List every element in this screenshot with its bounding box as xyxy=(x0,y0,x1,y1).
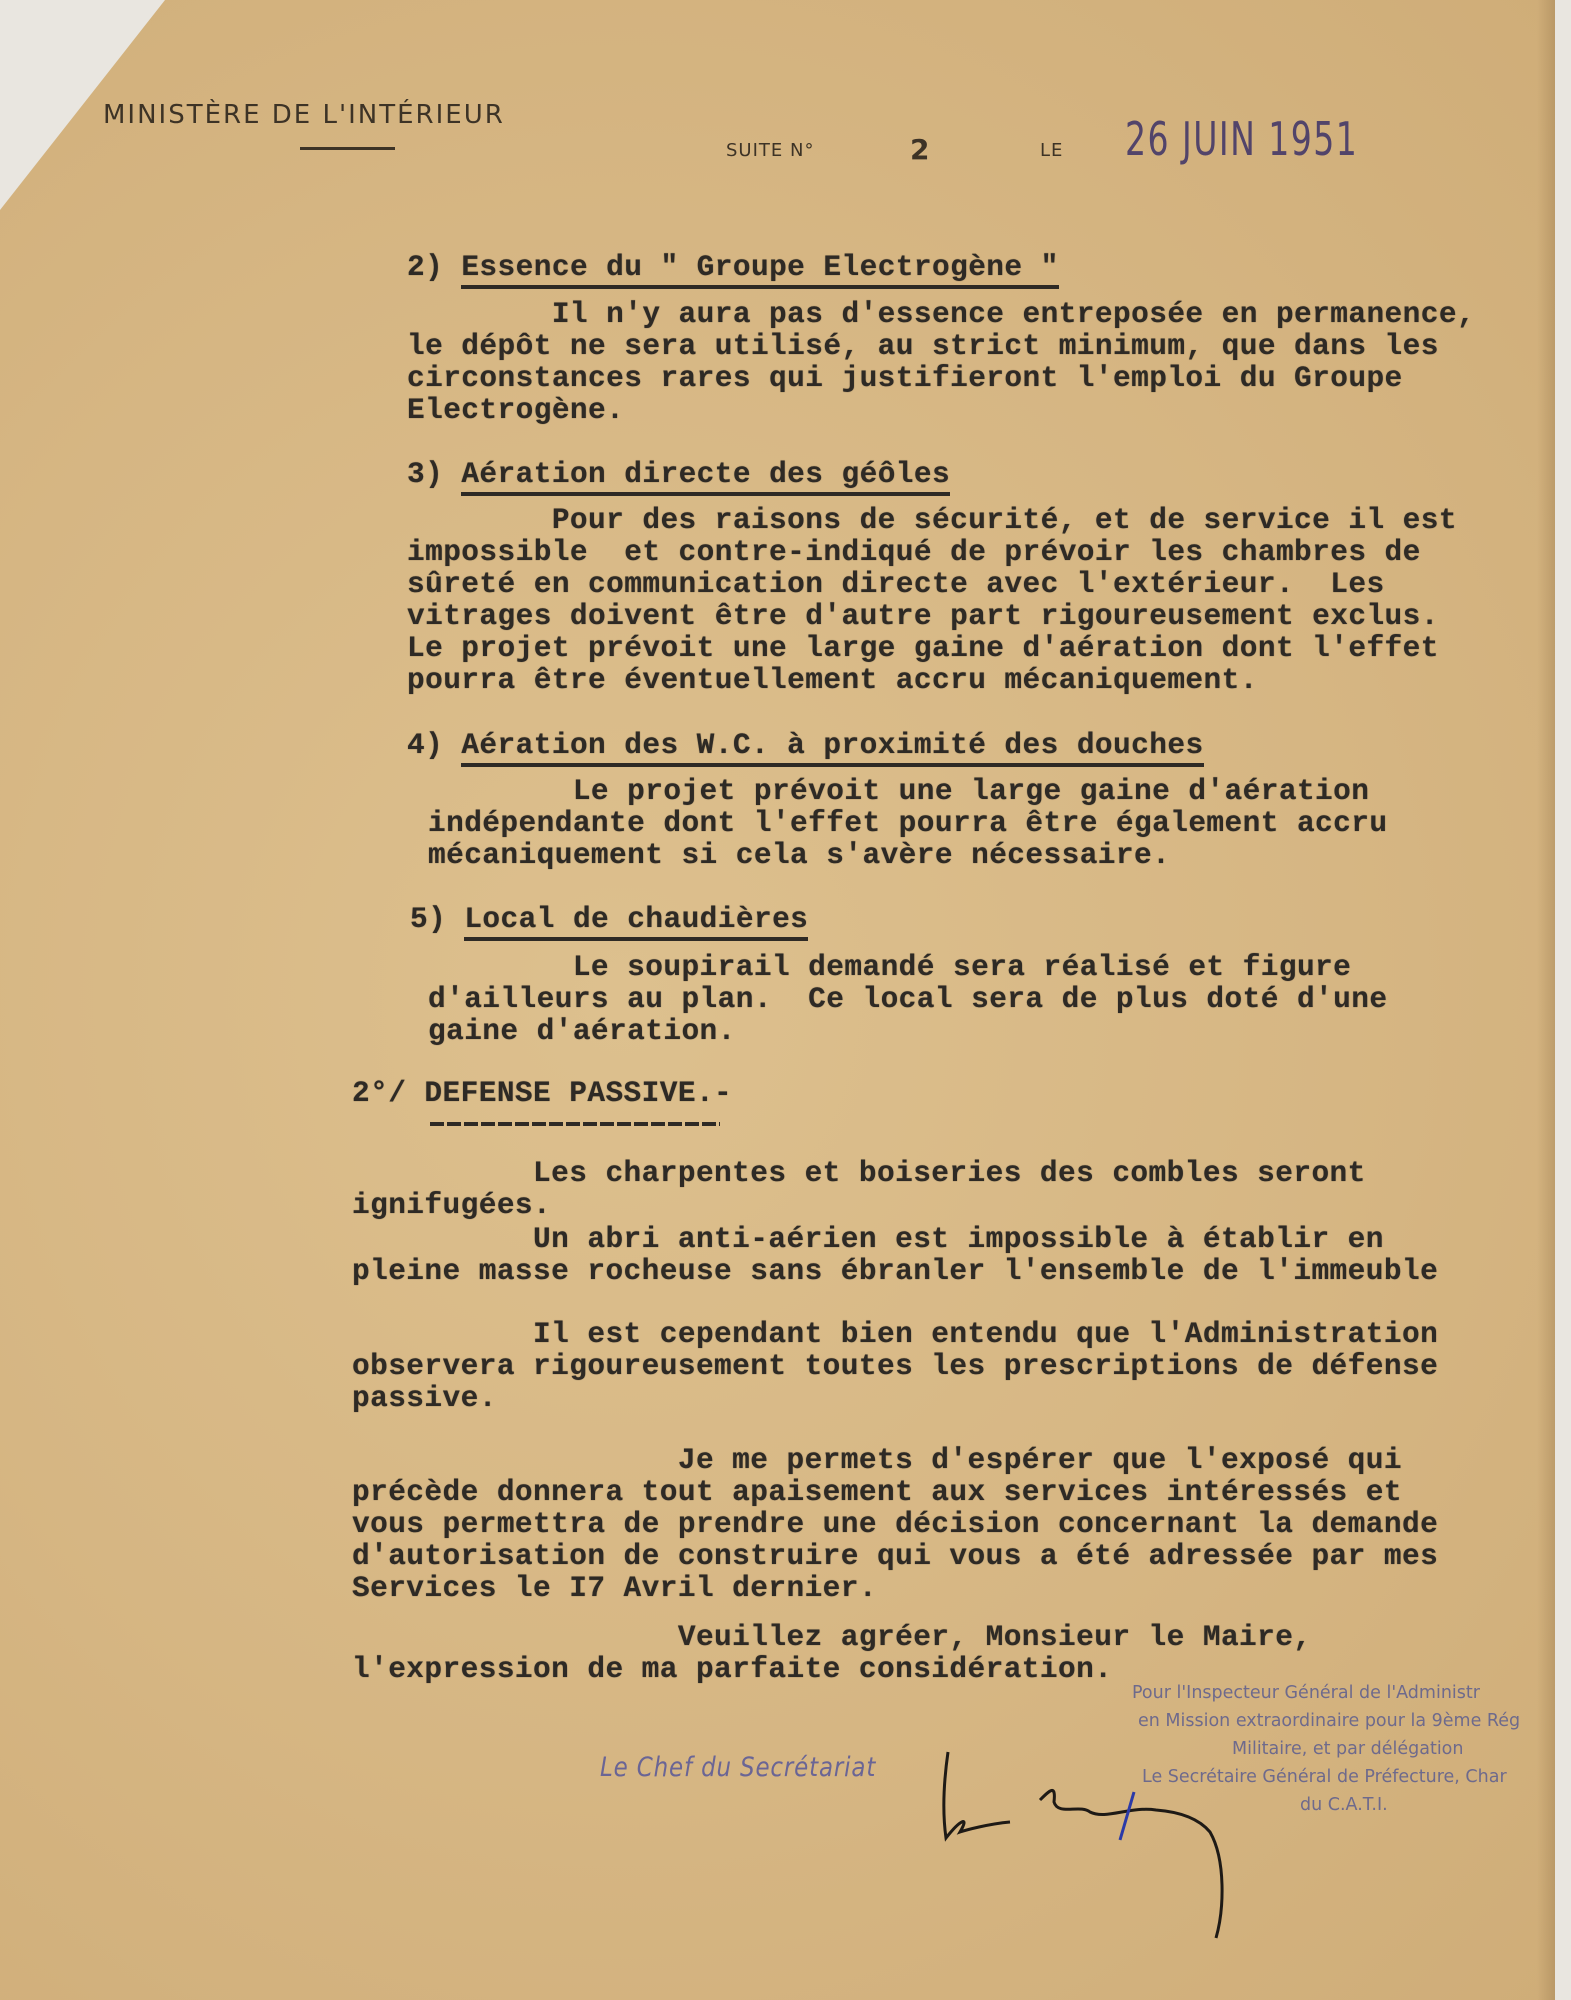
body-line: circonstances rares qui justifieront l'e… xyxy=(407,361,1403,395)
body-line: Pour des raisons de sécurité, et de serv… xyxy=(407,503,1457,537)
body-line: Le projet prévoit une large gaine d'aéra… xyxy=(428,774,1369,808)
body-line: gaine d'aération. xyxy=(428,1014,736,1048)
body-line: Les charpentes et boiseries des combles … xyxy=(352,1156,1366,1190)
stamp-line: en Mission extraordinaire pour la 9ème R… xyxy=(1138,1708,1520,1734)
heading-dashed-underline xyxy=(430,1122,720,1126)
body-line: impossible et contre-indiqué de prévoir … xyxy=(407,535,1421,569)
body-line: passive. xyxy=(352,1381,497,1415)
heading-text: Aération des W.C. à proximité des douche… xyxy=(461,728,1203,767)
body-line: Il est cependant bien entendu que l'Admi… xyxy=(352,1317,1438,1351)
letterhead-rule xyxy=(300,147,395,150)
secretariat-stamp: Le Chef du Secrétariat xyxy=(600,1752,876,1783)
date-stamp: 26 JUIN 1951 xyxy=(1125,112,1358,166)
body-line: le dépôt ne sera utilisé, au strict mini… xyxy=(407,329,1439,363)
body-line: l'expression de ma parfaite considératio… xyxy=(352,1652,1112,1686)
defense-heading: 2°/ DEFENSE PASSIVE.- xyxy=(352,1076,732,1110)
section-heading: 5) Local de chaudières xyxy=(410,902,808,936)
handwritten-signature-icon xyxy=(930,1740,1260,1940)
body-line: Services le I7 Avril dernier. xyxy=(352,1571,877,1605)
body-line: Je me permets d'espérer que l'exposé qui xyxy=(352,1443,1402,1477)
body-line: Un abri anti-aérien est impossible à éta… xyxy=(352,1222,1384,1256)
heading-text: Local de chaudières xyxy=(464,902,808,941)
body-line: Il n'y aura pas d'essence entreposée en … xyxy=(407,297,1475,331)
body-line: d'ailleurs au plan. Ce local sera de plu… xyxy=(428,982,1387,1016)
body-line: mécaniquement si cela s'avère nécessaire… xyxy=(428,838,1170,872)
ministry-letterhead: MINISTÈRE DE L'INTÉRIEUR xyxy=(103,100,505,130)
stamp-line: Militaire, et par délégation xyxy=(1232,1736,1463,1762)
body-line: sûreté en communication directe avec l'e… xyxy=(407,567,1385,601)
heading-number: 2) xyxy=(407,250,443,284)
section-heading: 3) Aération directe des géôles xyxy=(407,457,950,491)
body-line: Electrogène. xyxy=(407,393,624,427)
body-line: indépendante dont l'effet pourra être ég… xyxy=(428,806,1387,840)
heading-text: Essence du " Groupe Electrogène " xyxy=(461,250,1058,289)
body-line: observera rigoureusement toutes les pres… xyxy=(352,1349,1438,1383)
page-edge-shadow xyxy=(1537,0,1555,2000)
body-line: vous permettra de prendre une décision c… xyxy=(352,1507,1438,1541)
heading-text: Aération directe des géôles xyxy=(461,457,950,496)
section-heading: 2) Essence du " Groupe Electrogène " xyxy=(407,250,1059,284)
body-line: Le soupirail demandé sera réalisé et fig… xyxy=(428,950,1351,984)
body-line: pleine masse rocheuse sans ébranler l'en… xyxy=(352,1254,1438,1288)
suite-number: 2 xyxy=(910,133,929,166)
body-line: pourra être éventuellement accru mécaniq… xyxy=(407,663,1258,697)
heading-number: 4) xyxy=(407,728,443,762)
stamp-line: Pour l'Inspecteur Général de l'Administr xyxy=(1132,1680,1480,1706)
heading-number: 5) xyxy=(410,902,446,936)
body-line: ignifugées. xyxy=(352,1188,551,1222)
body-line: d'autorisation de construire qui vous a … xyxy=(352,1539,1438,1573)
date-label: LE xyxy=(1040,140,1063,161)
heading-number: 3) xyxy=(407,457,443,491)
stamp-line: du C.A.T.I. xyxy=(1300,1792,1388,1818)
body-line: Veuillez agréer, Monsieur le Maire, xyxy=(352,1620,1311,1654)
body-line: Le projet prévoit une large gaine d'aéra… xyxy=(407,631,1439,665)
body-line: vitrages doivent être d'autre part rigou… xyxy=(407,599,1439,633)
section-heading: 4) Aération des W.C. à proximité des dou… xyxy=(407,728,1204,762)
suite-label: SUITE N° xyxy=(726,140,814,161)
body-line: précède donnera tout apaisement aux serv… xyxy=(352,1475,1402,1509)
